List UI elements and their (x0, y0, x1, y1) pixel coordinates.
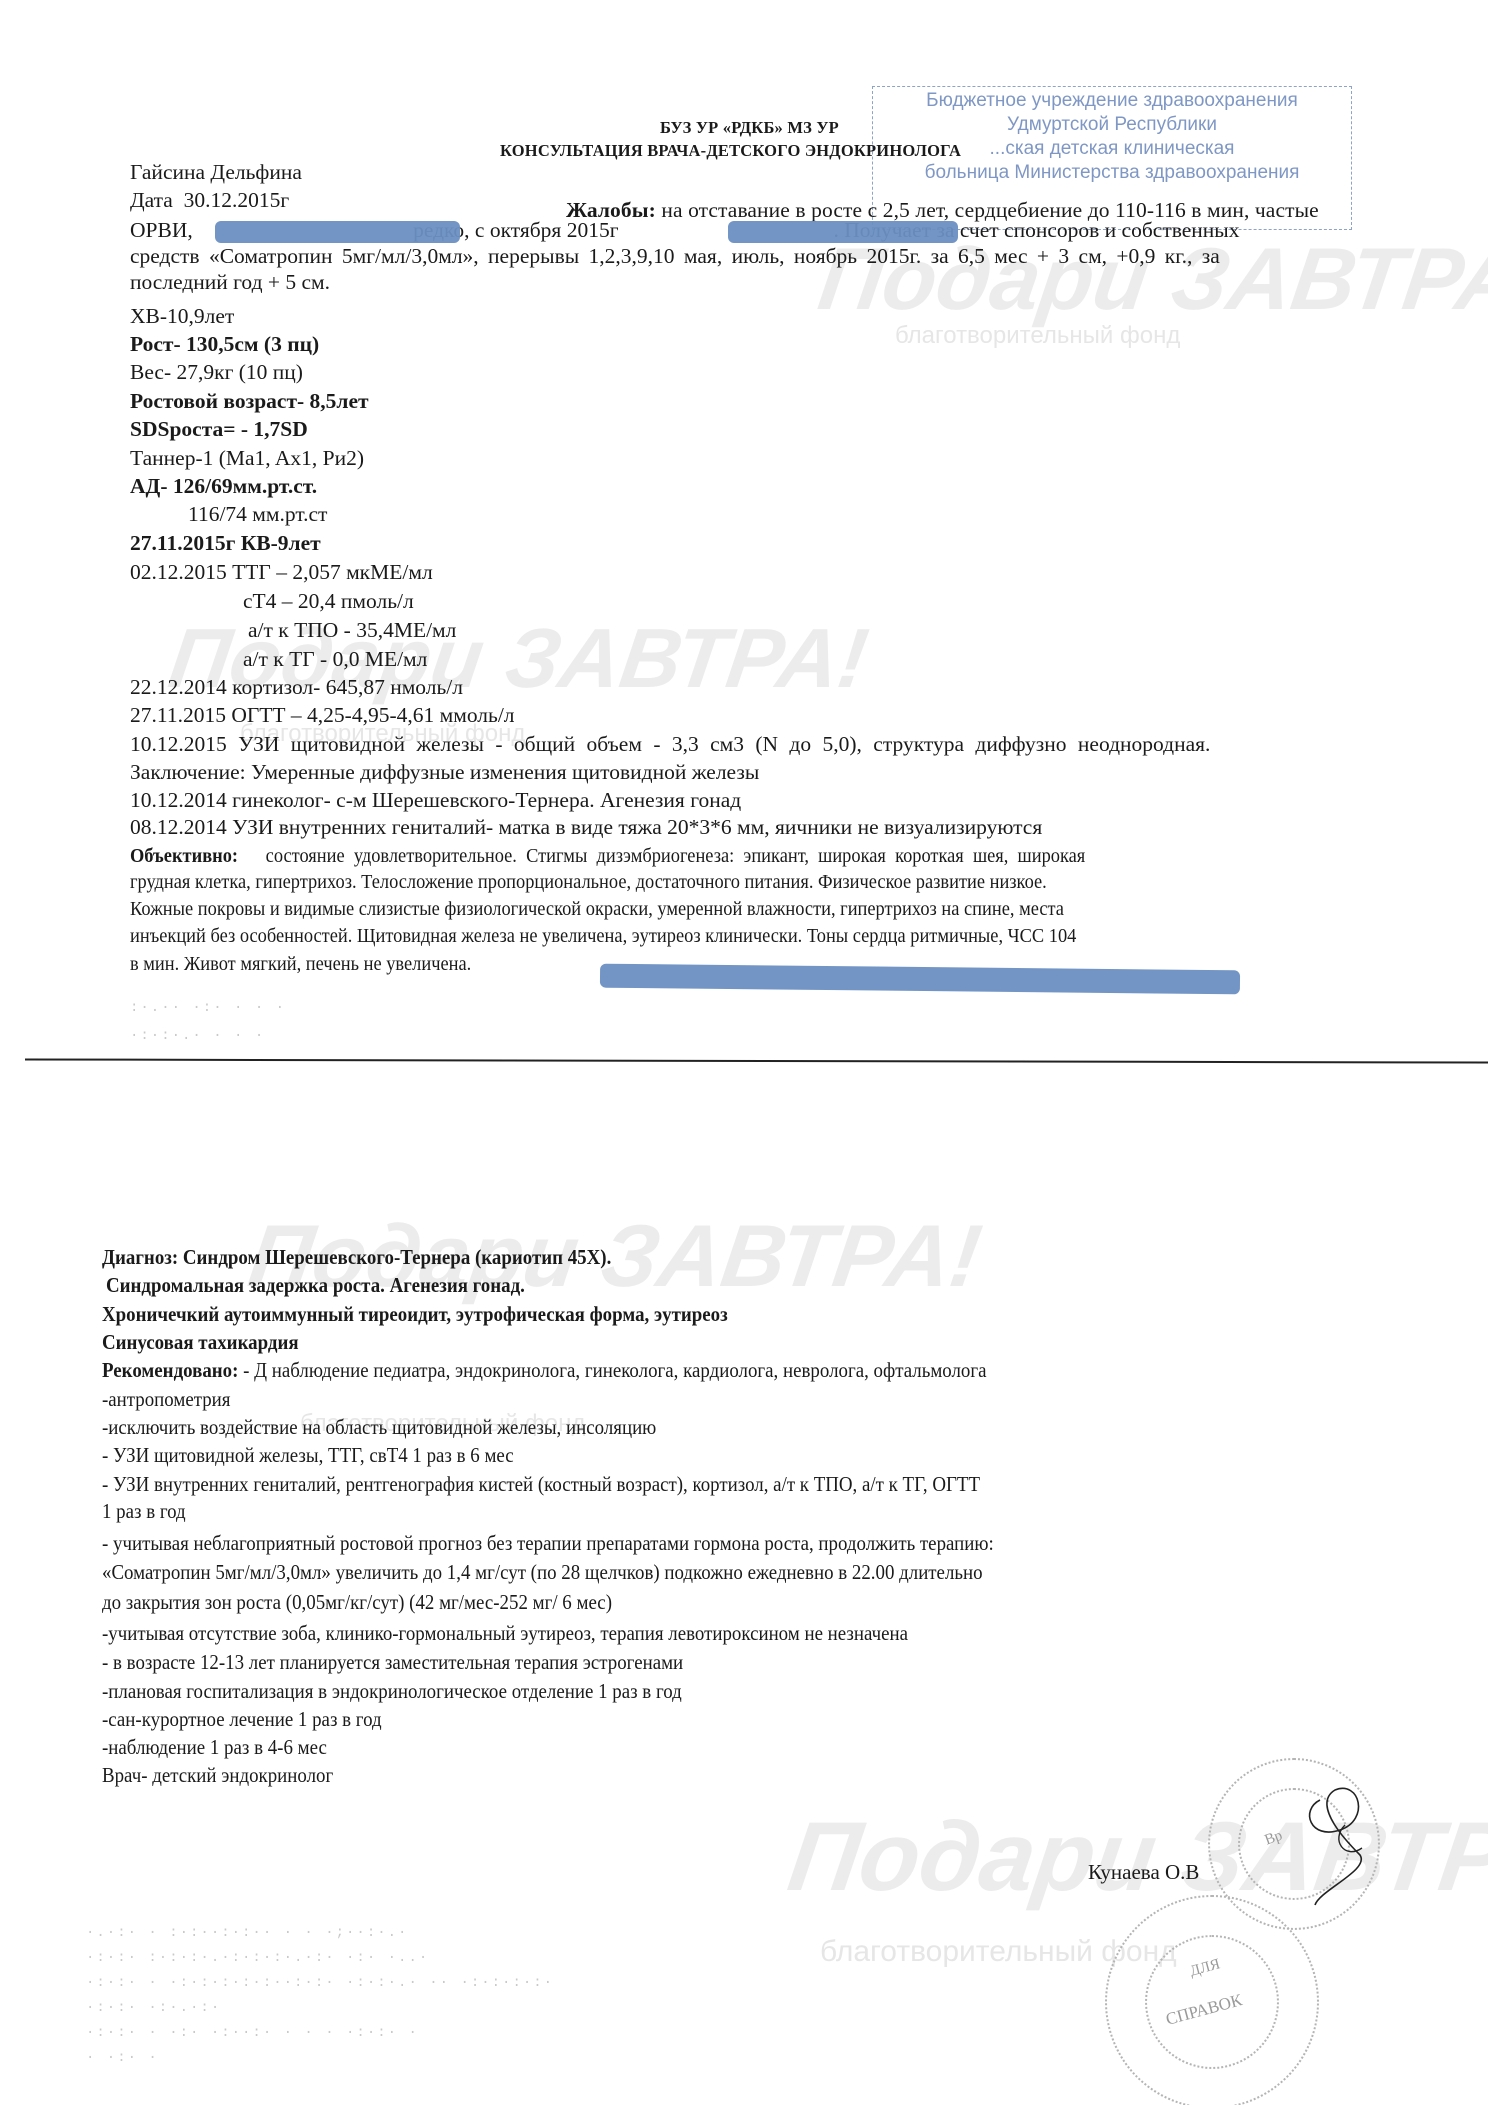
recommendation-item: -учитывая отсутствие зоба, клинико-гормо… (102, 1619, 908, 1648)
measurement-height: Рост- 130,5см (3 пц) (130, 330, 319, 359)
patient-name: Гайсина Дельфина (130, 158, 302, 187)
institution-name: БУЗ УР «РДКБ» МЗ УР (660, 118, 839, 138)
study-thyroid-us: 10.12.2015 УЗИ щитовидной железы - общий… (130, 730, 1210, 759)
recommendation-item: - в возрасте 12-13 лет планируется замес… (102, 1648, 683, 1677)
lab-ogtt: 27.11.2015 ОГТТ – 4,25-4,95-4,61 ммоль/л (130, 701, 515, 730)
diagnosis-label: Диагноз: (102, 1245, 178, 1269)
document-title: КОНСУЛЬТАЦИЯ ВРАЧА-ДЕТСКОГО ЭНДОКРИНОЛОГ… (500, 141, 961, 161)
faded-text: ·:·:· :·:·:·.·:·:·:·.·:· ·:· ·..· (86, 1950, 429, 1966)
stamp-line: Удмуртской Республики (873, 113, 1351, 137)
study-gynecologist: 10.12.2014 гинеколог- с-м Шерешевского-Т… (130, 786, 741, 815)
measurement-bio-age: ХВ-10,9лет (130, 302, 234, 331)
measurement-weight: Вес- 27,9кг (10 пц) (130, 358, 303, 387)
lab-anti-tg: а/т к ТГ - 0,0 МЕ/мл (243, 645, 427, 674)
scanned-document: Подари ЗАВТРА! благотворительный фонд По… (0, 0, 1488, 2105)
diagnosis-text: Синдром Шерешевского-Тернера (кариотип 4… (183, 1245, 611, 1269)
complaints-text: ОРВИ, (130, 218, 198, 242)
recommendations-line-first: Рекомендовано: - Д наблюдение педиатра, … (102, 1356, 987, 1385)
visit-date: Дата 30.12.2015г (130, 186, 289, 215)
objective-line-5: в мин. Живот мягкий, печень не увеличена… (130, 950, 471, 979)
watermark-subtitle-top: благотворительный фонд (895, 322, 1180, 350)
doctor-name: Кунаева О.В (1088, 1858, 1199, 1887)
redaction-mark (728, 221, 958, 243)
recommendation-text: - Д наблюдение педиатра, эндокринолога, … (243, 1358, 986, 1382)
doctor-role: Врач- детский эндокринолог (102, 1761, 333, 1790)
redaction-mark (600, 964, 1240, 995)
recommendation-item: -исключить воздействие на область щитови… (102, 1413, 656, 1442)
stamp-line: больница Министерства здравоохранения (873, 161, 1351, 185)
objective-line-2: грудная клетка, гипертрихоз. Телосложени… (130, 868, 1047, 897)
diagnosis-line-3: Хроничечкий аутоиммунный тиреоидит, эутр… (102, 1300, 728, 1329)
lab-cortisol: 22.12.2014 кортизол- 645,87 нмоль/л (130, 673, 463, 702)
redaction-mark (215, 221, 460, 243)
recommendation-item: -наблюдение 1 раз в 4-6 мес (102, 1733, 327, 1762)
lab-tsh: 02.12.2015 ТТГ – 2,057 мкМЕ/мл (130, 558, 433, 587)
complaints-line-3: средств «Соматропин 5мг/мл/3,0мл», перер… (130, 242, 1220, 271)
study-genital-us: 08.12.2014 УЗИ внутренних гениталий- мат… (130, 813, 1042, 842)
objective-text: состояние удовлетворительное. Стигмы диз… (266, 845, 1086, 867)
objective-line-3: Кожные покровы и видимые слизистые физио… (130, 895, 1064, 924)
faded-text: ·:·:·.· · · · (130, 1028, 265, 1044)
objective-line-1: Объективно: состояние удовлетворительное… (130, 842, 1085, 871)
faded-text: ·.·:· · :·:··:·:·· · · ·;··:·.· (86, 1925, 408, 1941)
study-conclusion: Заключение: Умеренные диффузные изменени… (130, 758, 759, 787)
recommendation-item: 1 раз в год (102, 1497, 186, 1526)
date-value: 30.12.2015г (184, 188, 290, 212)
faded-text: ·:·:· · ·:·:·:·:·:··:·:· ·:·:·.· ·· ·:·:… (86, 1975, 554, 1991)
recommendation-item: -сан-курортное лечение 1 раз в год (102, 1705, 382, 1734)
recommendation-item: - УЗИ щитовидной железы, ТТГ, свТ4 1 раз… (102, 1441, 514, 1470)
objective-line-4: инъекций без особенностей. Щитовидная же… (130, 922, 1076, 951)
measurement-sds: SDSроста= - 1,7SD (130, 415, 308, 444)
lab-anti-tpo: а/т к ТПО - 35,4МЕ/мл (248, 616, 456, 645)
lab-ft4: сТ4 – 20,4 пмоль/л (243, 587, 414, 616)
faded-text: ·:·:· ·:·.·:· (86, 2000, 221, 2016)
faded-text: :·.·· ·:· · · · (130, 1000, 286, 1016)
date-label: Дата (130, 188, 173, 212)
objective-label: Объективно: (130, 845, 238, 867)
measurement-bp-2: 116/74 мм.рт.ст (188, 500, 327, 529)
complaints-line-4: последний год + 5 см. (130, 268, 330, 297)
recommendation-item: -антропометрия (102, 1385, 230, 1414)
recommendation-item: -плановая госпитализация в эндокринологи… (102, 1677, 682, 1706)
recommendation-item: - учитывая неблагоприятный ростовой прог… (102, 1529, 994, 1558)
recommendation-item: «Соматропин 5мг/мл/3,0мл» увеличить до 1… (102, 1558, 983, 1587)
recommendations-label: Рекомендовано: (102, 1358, 238, 1382)
diagnosis-line-4: Синусовая тахикардия (102, 1328, 299, 1357)
measurement-bp-1: АД- 126/69мм.рт.ст. (130, 472, 317, 501)
signature-scribble (1290, 1770, 1380, 1910)
stamp-line: Бюджетное учреждение здравоохранения (873, 89, 1351, 113)
measurement-bone-age: 27.11.2015г КВ-9лет (130, 529, 321, 558)
watermark-logo-bottom: Подари ЗАВТРА! (782, 1800, 1488, 1913)
diagnosis-line-2: Синдромальная задержка роста. Агенезия г… (106, 1271, 525, 1300)
faded-text: · ·:· · (86, 2050, 159, 2066)
measurement-tanner: Таннер-1 (Ma1, Ax1, Pи2) (130, 444, 364, 473)
measurement-height-age: Ростовой возраст- 8,5лет (130, 387, 369, 416)
faded-text: ·:·:· · ·:· ·:··:· · · · ·:·:· · (86, 2025, 419, 2041)
recommendation-item: до закрытия зон роста (0,05мг/кг/сут) (4… (102, 1588, 612, 1617)
diagnosis-line-1: Диагноз: Синдром Шерешевского-Тернера (к… (102, 1243, 611, 1272)
page-divider (25, 1058, 1488, 1063)
recommendation-item: - УЗИ внутренних гениталий, рентгенограф… (102, 1470, 980, 1499)
